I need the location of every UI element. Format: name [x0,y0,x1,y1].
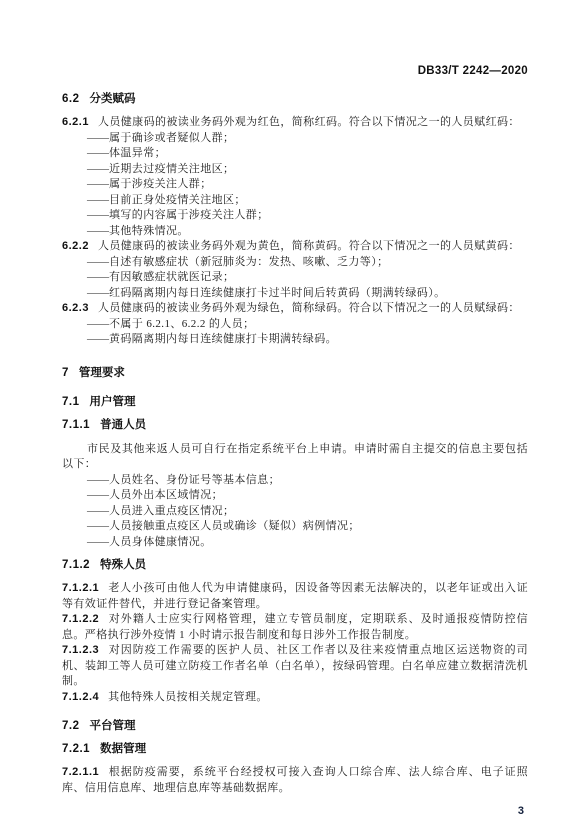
clause-7.1.2.3: 7.1.2.3对因防疫工作需要的医护人员、社区工作者以及往来疫情重点地区运送物资… [62,643,528,690]
paragraph: 市民及其他来返人员可自行在指定系统平台上申请。申请时需自主提交的信息主要包括以下… [62,442,528,473]
list-item: ——人员进入重点疫区情况； [87,504,528,520]
list-item: ——人员姓名、身份证号等基本信息； [87,473,528,489]
section-heading-7.2: 7.2平台管理 [62,719,528,734]
list-item-text: 其他特殊情况。 [109,225,189,237]
clause-number: 7.2.1.1 [62,766,99,778]
list-item: ——近期去过疫情关注地区； [87,162,528,178]
clause-text: 其他特殊人员按相关规定管理。 [108,691,268,703]
list-item-text: 黄码隔离期内每日连续健康打卡期满转绿码。 [109,333,337,345]
section-number: 7.2.1 [62,743,90,755]
em-dash-marker: —— [87,147,109,159]
em-dash-marker: —— [87,536,109,548]
clause-number: 6.2.1 [62,116,89,128]
clause-number: 7.1.2.1 [62,582,99,594]
list-item: ——其他特殊情况。 [87,224,528,240]
section-number: 7.1.1 [62,419,90,431]
list-item: ——人员外出本区域情况； [87,488,528,504]
clause-number: 6.2.2 [62,240,89,252]
clause-number: 6.2.3 [62,302,89,314]
standard-designation: DB33/T 2242—2020 [62,65,528,78]
clause-7.1.2.4: 7.1.2.4其他特殊人员按相关规定管理。 [62,690,528,706]
section-title: 特殊人员 [100,559,146,571]
section-heading-7.1: 7.1用户管理 [62,395,528,410]
section-heading-7.1.1: 7.1.1普通人员 [62,418,528,433]
section-title: 分类赋码 [90,93,136,105]
list-item-text: 人员外出本区域情况； [109,489,223,501]
clause-number: 7.1.2.2 [62,613,99,625]
em-dash-marker: —— [87,489,109,501]
clause-text: 人员健康码的被读业务码外观为红色，简称红码。符合以下情况之一的人员赋红码： [98,116,520,128]
clause-text: 老人小孩可由他人代为申请健康码，因设备等因素无法解决的，以老年证或出入证等有效证… [62,582,528,610]
section-title: 管理要求 [79,367,125,379]
clause-6.2.1: 6.2.1人员健康码的被读业务码外观为红色，简称红码。符合以下情况之一的人员赋红… [62,115,528,131]
em-dash-marker: —— [87,178,109,190]
section-number: 7.2 [62,720,80,732]
em-dash-marker: —— [87,132,109,144]
em-dash-marker: —— [87,287,109,299]
section-heading-7.1.2: 7.1.2特殊人员 [62,558,528,573]
list-item-text: 近期去过疫情关注地区； [109,163,234,175]
list-item-text: 填写的内容属于涉疫关注人群； [109,209,269,221]
list-item-text: 人员姓名、身份证号等基本信息； [109,474,280,486]
em-dash-marker: —— [87,256,109,268]
list-item: ——人员接触重点疫区人员或确诊（疑似）病例情况； [87,519,528,535]
list-item: ——属于确诊或者疑似人群； [87,131,528,147]
list-item-text: 属于确诊或者疑似人群； [109,132,234,144]
clause-text: 对因防疫工作需要的医护人员、社区工作者以及往来疫情重点地区运送物资的司机、装卸工… [62,644,528,687]
list-item-text: 不属于 6.2.1、6.2.2 的人员； [109,318,255,330]
em-dash-marker: —— [87,209,109,221]
list-item-text: 目前正身处疫情关注地区； [109,194,246,206]
section-number: 7 [62,367,69,379]
list-item: ——填写的内容属于涉疫关注人群； [87,208,528,224]
list-item-text: 自述有敏感症状（新冠肺炎为：发热、咳嗽、乏力等）； [109,256,389,268]
section-title: 用户管理 [90,396,136,408]
clause-text: 人员健康码的被读业务码外观为黄色，简称黄码。符合以下情况之一的人员赋黄码： [98,240,520,252]
clause-6.2.3: 6.2.3人员健康码的被读业务码外观为绿色，简称绿码。符合以下情况之一的人员赋绿… [62,301,528,317]
list-item-text: 人员身体健康情况。 [109,536,212,548]
section-number: 7.1.2 [62,559,90,571]
em-dash-marker: —— [87,333,109,345]
list-item-text: 有因敏感症状就医记录； [109,271,234,283]
em-dash-marker: —— [87,271,109,283]
list-item: ——人员身体健康情况。 [87,535,528,551]
list-item-text: 体温异常； [109,147,166,159]
section-number: 7.1 [62,396,80,408]
em-dash-marker: —— [87,163,109,175]
list-item: ——目前正身处疫情关注地区； [87,193,528,209]
clause-text: 根据防疫需要，系统平台经授权可接入查询人口综合库、法人综合库、电子证照库、信用信… [62,766,528,794]
em-dash-marker: —— [87,505,109,517]
list-item: ——属于涉疫关注人群； [87,177,528,193]
list-item: ——体温异常； [87,146,528,162]
em-dash-marker: —— [87,194,109,206]
list-item: ——不属于 6.2.1、6.2.2 的人员； [87,317,528,333]
list-item-text: 属于涉疫关注人群； [109,178,212,190]
list-item-text: 人员进入重点疫区情况； [109,505,234,517]
clause-text: 对外籍人士应实行网格管理，建立专管员制度，定期联系、及时通报疫情防控信息。严格执… [62,613,528,641]
list-item: ——自述有敏感症状（新冠肺炎为：发热、咳嗽、乏力等）； [87,255,528,271]
clause-7.1.2.1: 7.1.2.1老人小孩可由他人代为申请健康码，因设备等因素无法解决的，以老年证或… [62,581,528,612]
section-title: 数据管理 [100,743,146,755]
clause-6.2.2: 6.2.2人员健康码的被读业务码外观为黄色，简称黄码。符合以下情况之一的人员赋黄… [62,239,528,255]
list-item-text: 红码隔离期内每日连续健康打卡过半时间后转黄码（期满转绿码）。 [109,287,446,299]
list-item-text: 人员接触重点疫区人员或确诊（疑似）病例情况； [109,520,360,532]
em-dash-marker: —— [87,520,109,532]
clause-7.1.2.2: 7.1.2.2对外籍人士应实行网格管理，建立专管员制度，定期联系、及时通报疫情防… [62,612,528,643]
section-number: 6.2 [62,93,80,105]
list-item: ——黄码隔离期内每日连续健康打卡期满转绿码。 [87,332,528,348]
page-number: 3 [62,805,528,818]
document-body: 6.2分类赋码6.2.1人员健康码的被读业务码外观为红色，简称红码。符合以下情况… [62,92,528,796]
list-item: ——有因敏感症状就医记录； [87,270,528,286]
em-dash-marker: —— [87,225,109,237]
list-item: ——红码隔离期内每日连续健康打卡过半时间后转黄码（期满转绿码）。 [87,286,528,302]
clause-text: 人员健康码的被读业务码外观为绿色，简称绿码。符合以下情况之一的人员赋绿码： [98,302,520,314]
section-heading-7.2.1: 7.2.1数据管理 [62,742,528,757]
section-title: 平台管理 [90,720,136,732]
document-page: DB33/T 2242—2020 6.2分类赋码6.2.1人员健康码的被读业务码… [0,0,583,832]
section-heading-7: 7管理要求 [62,366,528,381]
clause-number: 7.1.2.4 [62,691,99,703]
section-heading-6.2: 6.2分类赋码 [62,92,528,107]
section-title: 普通人员 [100,419,146,431]
em-dash-marker: —— [87,474,109,486]
clause-7.2.1.1: 7.2.1.1根据防疫需要，系统平台经授权可接入查询人口综合库、法人综合库、电子… [62,765,528,796]
clause-number: 7.1.2.3 [62,644,99,656]
em-dash-marker: —— [87,318,109,330]
